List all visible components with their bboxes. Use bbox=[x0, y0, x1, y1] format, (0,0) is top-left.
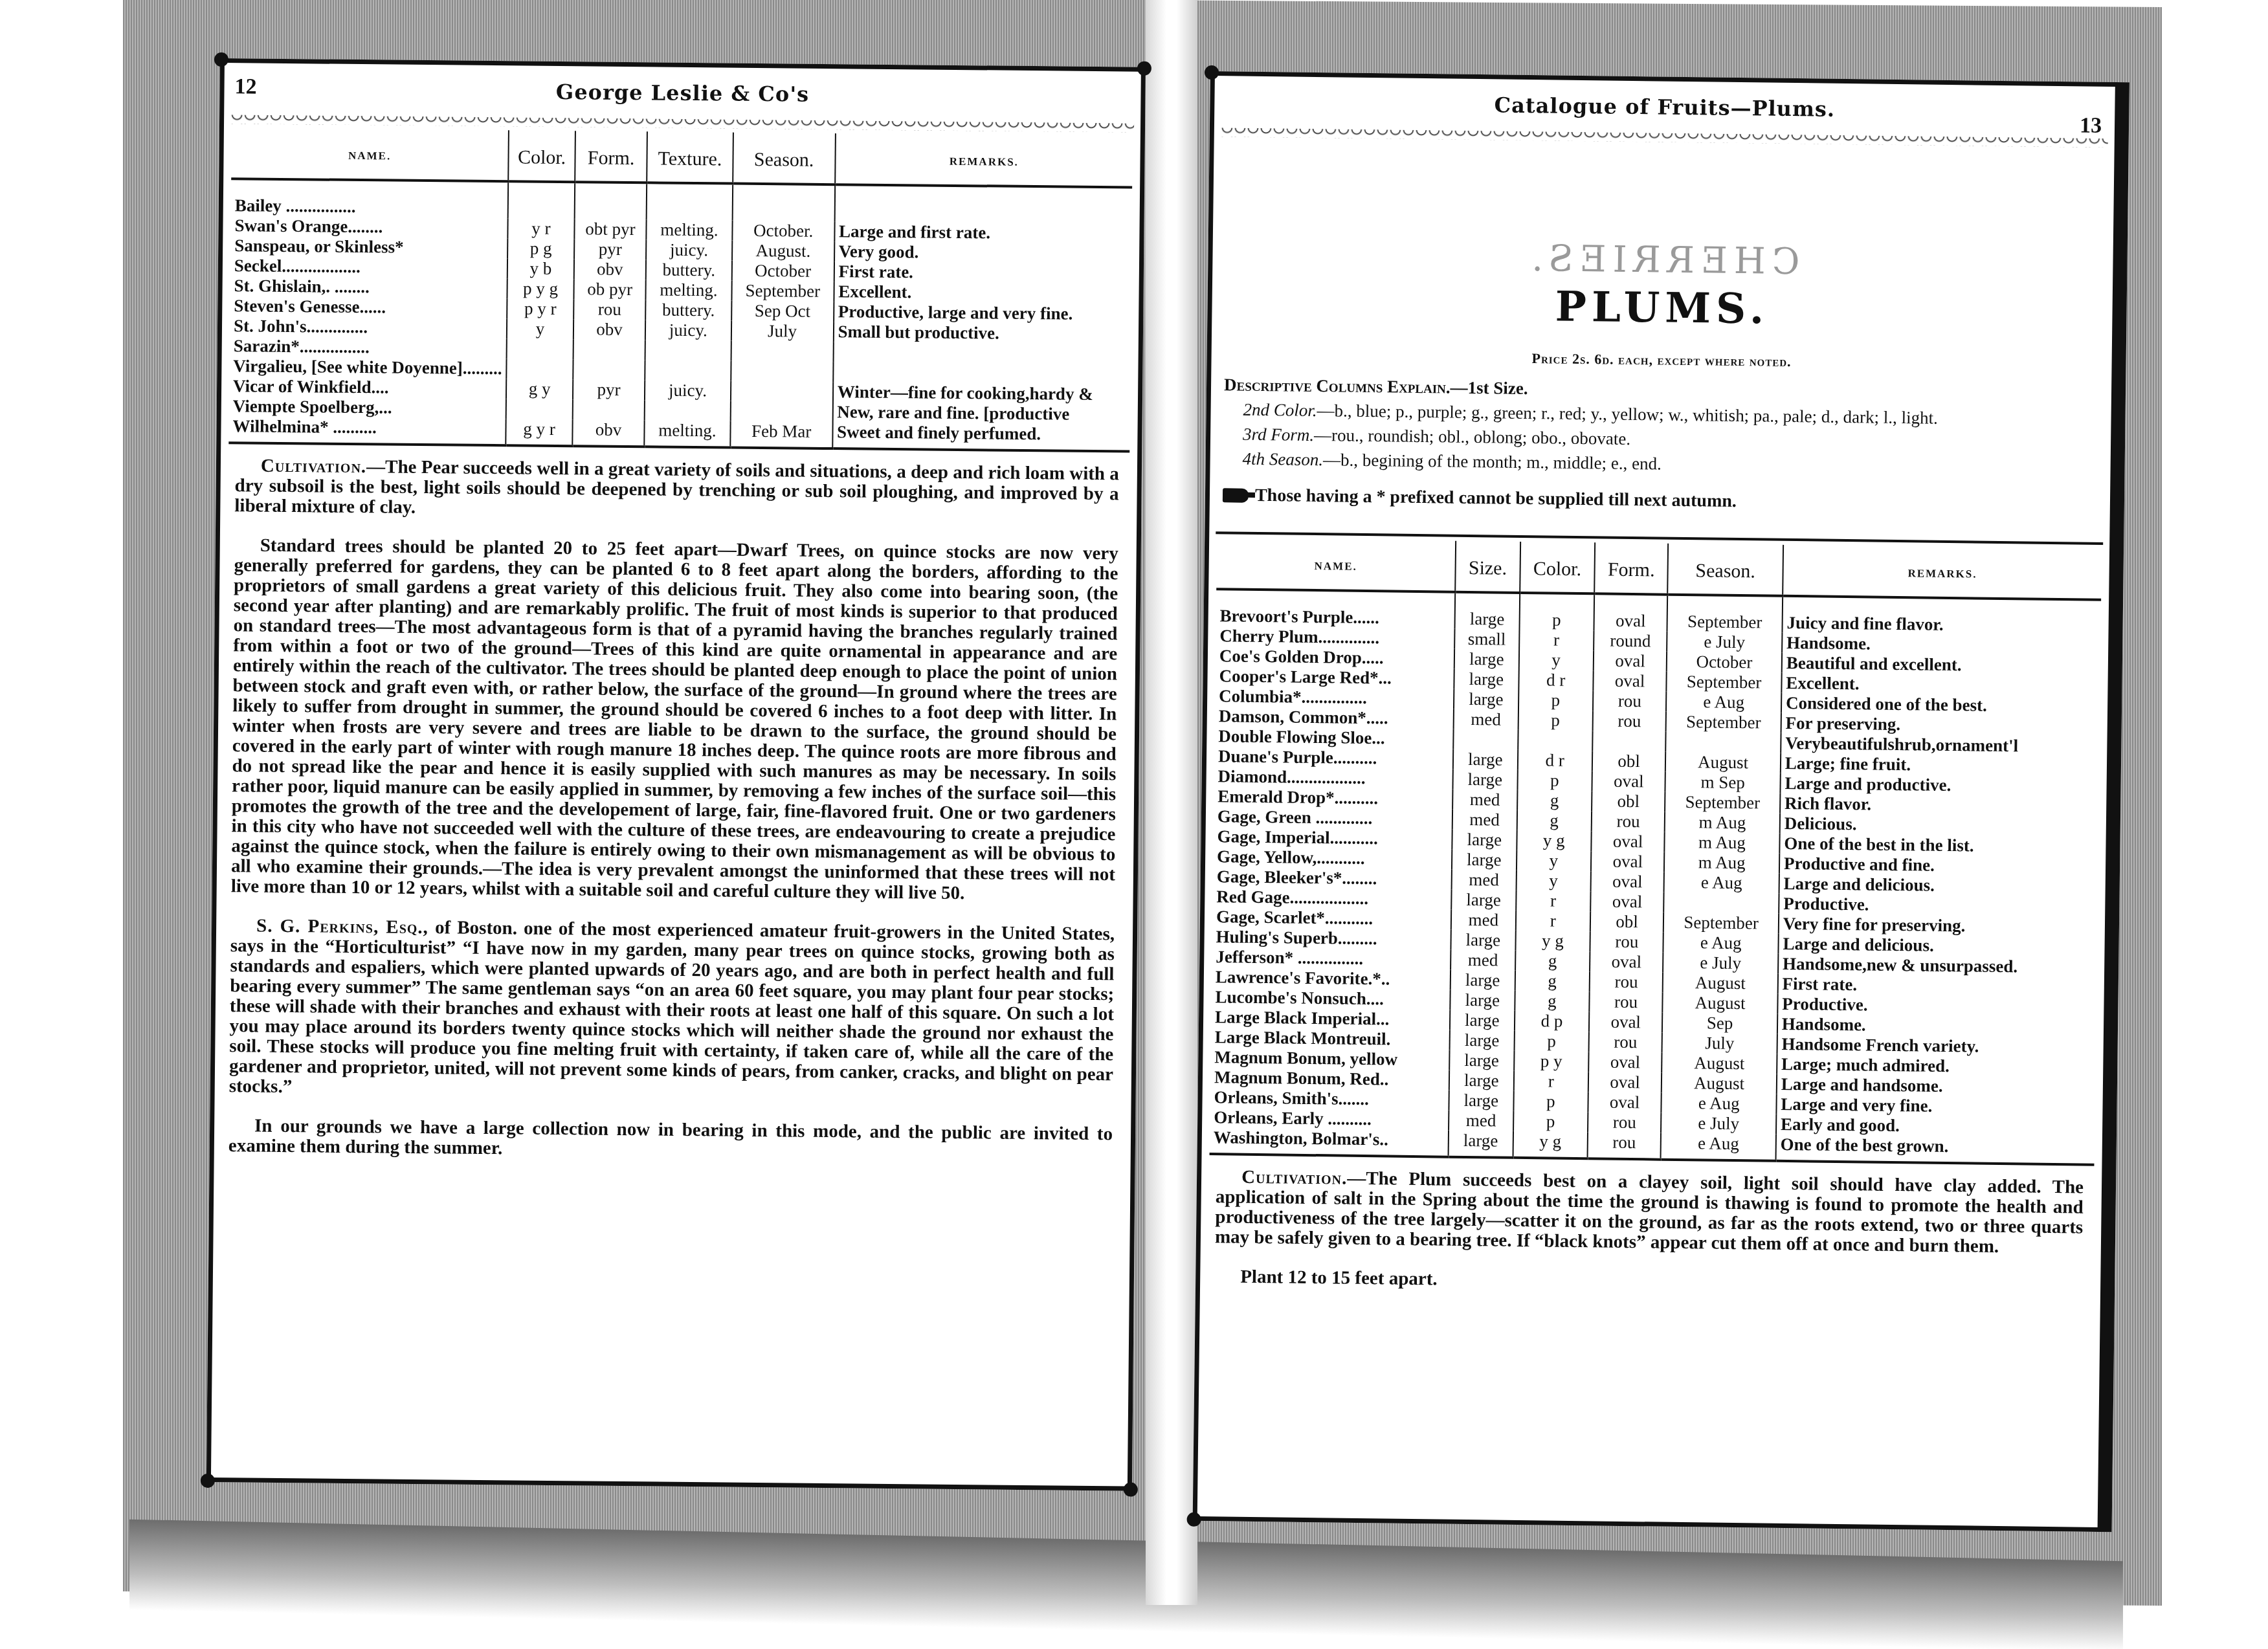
cell-size: large bbox=[1453, 749, 1518, 770]
cell-size: large bbox=[1451, 890, 1516, 911]
cell-season bbox=[732, 184, 834, 222]
cell-size: small bbox=[1454, 629, 1519, 650]
col-color: Color. bbox=[508, 130, 575, 182]
cell-size: large bbox=[1455, 592, 1520, 630]
cell-remarks: New, rare and fine. [productive bbox=[832, 402, 1130, 425]
cell-size: large bbox=[1450, 1030, 1515, 1051]
cell-color: r bbox=[1515, 911, 1590, 931]
cell-color bbox=[508, 181, 575, 219]
cell-remarks: One of the best grown. bbox=[1775, 1134, 2095, 1165]
cell-size: large bbox=[1454, 689, 1518, 710]
cell-name: Lucombe's Nonsuch.... bbox=[1211, 987, 1450, 1010]
cell-size: large bbox=[1449, 1050, 1514, 1071]
cell-season bbox=[1663, 892, 1779, 914]
cell-form bbox=[575, 182, 647, 219]
legend-label: Descriptive Columns Explain. bbox=[1224, 375, 1451, 397]
paragraph: S. G. Perkins, Esq., of Boston. one of t… bbox=[229, 916, 1115, 1105]
cell-season: August. bbox=[732, 241, 834, 262]
cell-season: September bbox=[1667, 672, 1782, 693]
paragraph: Standard trees should be planted 20 to 2… bbox=[231, 535, 1118, 905]
cell-form: pyr bbox=[573, 379, 645, 400]
pear-catalogue-table: NAME. Color. Form. Texture. Season. REMA… bbox=[228, 127, 1133, 452]
cell-name: Damson, Common*..... bbox=[1215, 706, 1454, 729]
cell-season: m Sep bbox=[1665, 772, 1781, 793]
cell-color: d p bbox=[1514, 1011, 1589, 1032]
cell-season bbox=[731, 381, 833, 403]
col-name: NAME. bbox=[1216, 538, 1456, 592]
cell-size: large bbox=[1450, 1010, 1515, 1031]
note-text: Those having a * prefixed cannot be supp… bbox=[1255, 485, 1737, 512]
cell-season: e Aug bbox=[1663, 933, 1779, 954]
cell-form: oval bbox=[1594, 650, 1667, 671]
cell-name: Duane's Purple.......... bbox=[1214, 746, 1453, 769]
cell-color: g bbox=[1515, 971, 1590, 991]
cell-texture: juicy. bbox=[645, 320, 731, 340]
cell-form: oval bbox=[1593, 670, 1667, 691]
legend-label: 3rd Form. bbox=[1243, 425, 1314, 445]
cell-season: m Aug bbox=[1664, 852, 1779, 874]
cell-form: rou bbox=[1593, 691, 1667, 711]
paragraph-text: In our grounds we have a large collectio… bbox=[228, 1116, 1113, 1159]
cell-name: Bailey ................ bbox=[231, 179, 509, 218]
paragraph-lead: Cultivation. bbox=[261, 456, 367, 478]
cell-name: St. Ghislain,. ........ bbox=[230, 276, 507, 298]
left-page: 12 George Leslie & Co's NAME. Color. For… bbox=[206, 58, 1146, 1491]
cell-name: Virgalieu, [See white Doyenne]......... bbox=[229, 356, 506, 379]
section-title: PLUMS. bbox=[1212, 278, 2113, 338]
cell-color: y g bbox=[1515, 931, 1590, 951]
cell-remarks: Large and first rate. bbox=[834, 221, 1132, 244]
pear-cultivation-text: Cultivation.—The Pear succeeds well in a… bbox=[228, 456, 1119, 1164]
cell-size: large bbox=[1453, 769, 1518, 790]
cell-remarks: Excellent. bbox=[834, 282, 1131, 304]
cell-color: p y g bbox=[507, 278, 574, 299]
cell-form: obv bbox=[574, 259, 647, 280]
cell-form: oval bbox=[1594, 593, 1668, 631]
page-number: 13 bbox=[2080, 113, 2102, 138]
cell-texture: juicy. bbox=[645, 380, 731, 401]
cell-form: obt pyr bbox=[574, 219, 647, 239]
cell-texture bbox=[645, 340, 731, 360]
cell-name: Gage, Yellow,........... bbox=[1213, 847, 1452, 870]
cell-season: September bbox=[1667, 595, 1783, 633]
cell-season: e July bbox=[1661, 1113, 1776, 1134]
cell-form: rou bbox=[1589, 991, 1663, 1012]
cell-name: Cooper's Large Red*... bbox=[1215, 666, 1454, 689]
cell-size bbox=[1453, 729, 1518, 750]
running-head: Catalogue of Fruits—Plums. 13 bbox=[1214, 76, 2115, 138]
cell-form: rou bbox=[1588, 1112, 1662, 1133]
cell-season bbox=[731, 361, 833, 382]
cell-name: Steven's Genesse...... bbox=[230, 296, 507, 318]
book-gutter bbox=[1146, 0, 1197, 1605]
cell-form: round bbox=[1594, 630, 1667, 651]
corner-ornament-icon bbox=[1187, 1512, 1201, 1527]
planting-note: Plant 12 to 15 feet apart. bbox=[1214, 1267, 2082, 1297]
cell-season: July bbox=[731, 321, 834, 342]
paragraph-lead: Cultivation. bbox=[1241, 1167, 1348, 1189]
cell-color: r bbox=[1513, 1071, 1588, 1092]
col-size: Size. bbox=[1455, 541, 1520, 593]
column-legend: Descriptive Columns Explain.—1st Size. 2… bbox=[1223, 373, 2098, 480]
cell-color: y bbox=[1516, 870, 1591, 891]
cell-form: rou bbox=[1592, 811, 1665, 832]
cell-size: large bbox=[1451, 930, 1516, 951]
cell-season: October. bbox=[732, 221, 834, 242]
cell-name: Double Flowing Sloe... bbox=[1214, 726, 1453, 749]
col-remarks: REMARKS. bbox=[1783, 545, 2102, 600]
cell-size: med bbox=[1451, 950, 1515, 971]
cell-form: oval bbox=[1588, 1072, 1662, 1092]
cell-color: p y bbox=[1514, 1051, 1589, 1072]
cell-name: Gage, Bleeker's*........ bbox=[1213, 867, 1452, 890]
cell-season: Sep Oct bbox=[731, 301, 834, 322]
cell-form: rou bbox=[1588, 1132, 1662, 1159]
cell-form: pyr bbox=[574, 239, 647, 260]
col-color: Color. bbox=[1520, 542, 1595, 593]
cell-color: p bbox=[1518, 710, 1593, 731]
cell-name: Vicar of Winkfield.... bbox=[229, 376, 506, 399]
cell-season: e Aug bbox=[1664, 872, 1779, 894]
pear-table-body: Bailey ................Swan's Orange....… bbox=[228, 179, 1132, 451]
cell-name: St. John's.............. bbox=[230, 316, 507, 338]
cell-remarks: Juicy and fine flavor. bbox=[1782, 596, 2101, 637]
cell-color: y bbox=[1518, 650, 1594, 670]
cell-name: Sanspeau, or Skinless* bbox=[230, 236, 507, 258]
cell-name: Cherry Plum.............. bbox=[1216, 626, 1454, 649]
cell-form: oval bbox=[1588, 1092, 1662, 1112]
cell-season: August bbox=[1665, 752, 1781, 773]
cell-season: m Aug bbox=[1665, 832, 1780, 854]
cell-texture: juicy. bbox=[646, 239, 732, 260]
cell-name: Huling's Superb......... bbox=[1212, 927, 1451, 950]
cell-season: Sep bbox=[1662, 1013, 1777, 1034]
cell-size: large bbox=[1452, 850, 1517, 870]
cell-color: p bbox=[1513, 1091, 1588, 1112]
cell-size: large bbox=[1450, 990, 1515, 1011]
cell-color: g bbox=[1517, 790, 1592, 811]
cell-color: y bbox=[507, 318, 573, 339]
cell-size: med bbox=[1452, 810, 1517, 830]
cell-size: med bbox=[1451, 910, 1516, 931]
cell-remarks bbox=[834, 184, 1132, 224]
price-line: Price 2s. 6d. each, except where noted. bbox=[1211, 346, 2111, 374]
legend-text: —rou., roundish; obl., oblong; obo., obo… bbox=[1314, 425, 1630, 448]
availability-note: Those having a * prefixed cannot be supp… bbox=[1223, 485, 2097, 516]
cell-name: Red Gage.................. bbox=[1212, 887, 1451, 910]
cell-size: large bbox=[1454, 649, 1519, 670]
running-head: 12 George Leslie & Co's bbox=[224, 63, 1141, 124]
corner-ornament-icon bbox=[1124, 1483, 1138, 1497]
cell-texture: buttery. bbox=[645, 300, 731, 320]
cell-color: g y bbox=[506, 379, 573, 399]
cell-size: med bbox=[1454, 709, 1518, 730]
cell-form: oval bbox=[1592, 771, 1666, 791]
cell-name: Brevoort's Purple...... bbox=[1216, 589, 1456, 629]
cell-season: September bbox=[1665, 792, 1780, 813]
cell-form: oval bbox=[1588, 1052, 1662, 1072]
legend-label: 4th Season. bbox=[1243, 449, 1324, 470]
cell-remarks: First rate. bbox=[834, 261, 1131, 284]
cell-season: August bbox=[1663, 993, 1778, 1014]
cell-color: p bbox=[1518, 690, 1594, 711]
cell-color: d r bbox=[1518, 670, 1594, 691]
cell-name: Magnum Bonum, yellow bbox=[1210, 1047, 1449, 1070]
cell-texture bbox=[645, 400, 731, 421]
cell-color: y b bbox=[507, 258, 574, 279]
cell-color: y r bbox=[508, 218, 575, 239]
col-name: NAME. bbox=[231, 127, 509, 181]
cell-season: e July bbox=[1663, 953, 1778, 974]
cell-remarks: Sweet and finely perfumed. bbox=[832, 422, 1130, 451]
cell-name: Gage, Scarlet*........... bbox=[1212, 907, 1451, 930]
right-page: Catalogue of Fruits—Plums. 13 CHERRIES. … bbox=[1193, 71, 2129, 1532]
cell-texture bbox=[645, 360, 731, 381]
section-title-block: CHERRIES. PLUMS. bbox=[1212, 234, 2113, 338]
cell-form: oval bbox=[1590, 891, 1664, 912]
cell-remarks: Productive, large and very fine. bbox=[834, 302, 1131, 324]
cell-size: med bbox=[1452, 790, 1517, 810]
paragraph: Cultivation.—The Pear succeeds well in a… bbox=[234, 456, 1119, 524]
cell-color: p bbox=[1517, 770, 1592, 791]
cell-season: e Aug bbox=[1662, 1093, 1777, 1114]
cell-color bbox=[507, 338, 573, 359]
cell-name: Coe's Golden Drop..... bbox=[1216, 646, 1454, 669]
cell-size: med bbox=[1452, 870, 1517, 891]
cell-form: oval bbox=[1590, 951, 1663, 972]
cell-season: e Aug bbox=[1661, 1133, 1776, 1161]
cell-remarks bbox=[833, 342, 1131, 364]
legend-label: 2nd Color. bbox=[1243, 400, 1317, 420]
col-texture: Texture. bbox=[647, 131, 733, 183]
cell-season: August bbox=[1662, 1053, 1777, 1074]
cell-form: rou bbox=[1590, 971, 1663, 992]
cell-name: Orleans, Early .......... bbox=[1210, 1107, 1449, 1131]
cell-color: r bbox=[1516, 891, 1591, 911]
paragraph-lead: S. G. Perkins, Esq., bbox=[256, 916, 428, 938]
plum-cultivation-text: Cultivation.—The Plum succeeds best on a… bbox=[1214, 1167, 2084, 1297]
cell-texture: melting. bbox=[646, 280, 732, 300]
cell-form: oval bbox=[1591, 831, 1665, 852]
cell-form: obl bbox=[1592, 751, 1666, 771]
cell-form: oval bbox=[1591, 871, 1665, 892]
cell-remarks: Very good. bbox=[834, 241, 1132, 264]
cell-color bbox=[1518, 730, 1593, 751]
cell-form: oval bbox=[1591, 851, 1665, 872]
scanned-book-spread: 12 George Leslie & Co's NAME. Color. For… bbox=[0, 0, 2268, 1649]
cell-name: Washington, Bolmar's.. bbox=[1210, 1127, 1449, 1157]
paragraph-text: —The Pear succeeds well in a great varie… bbox=[234, 456, 1119, 518]
cell-color: p bbox=[1513, 1111, 1588, 1132]
cell-color: p g bbox=[507, 238, 574, 259]
running-head-title: George Leslie & Co's bbox=[556, 80, 809, 107]
paragraph-text: of Boston. one of the most experienced a… bbox=[229, 917, 1115, 1097]
cell-season: e Aug bbox=[1666, 692, 1781, 713]
cell-color: y bbox=[1516, 850, 1591, 871]
corner-ornament-icon bbox=[201, 1474, 215, 1488]
cell-size: large bbox=[1449, 1131, 1513, 1158]
cell-season: October bbox=[1667, 652, 1782, 673]
cell-color bbox=[506, 359, 573, 379]
col-form: Form. bbox=[1594, 542, 1668, 594]
cell-remarks: Small but productive. bbox=[833, 322, 1131, 344]
cell-color: g bbox=[1517, 810, 1592, 831]
cell-season bbox=[730, 401, 832, 423]
cell-name: Lawrence's Favorite.*.. bbox=[1212, 967, 1451, 990]
cell-form bbox=[573, 339, 645, 360]
cell-color: p bbox=[1519, 593, 1594, 630]
cell-name: Sarazin*................ bbox=[230, 336, 507, 359]
cell-name: Emerald Drop*.......... bbox=[1214, 786, 1452, 810]
cell-form: ob pyr bbox=[573, 279, 646, 300]
cell-color: d r bbox=[1517, 750, 1592, 771]
cell-texture: melting. bbox=[646, 219, 732, 240]
cell-size: med bbox=[1449, 1111, 1513, 1131]
legend-text: —b., begining of the month; m., middle; … bbox=[1323, 450, 1662, 473]
cell-size: large bbox=[1451, 970, 1515, 991]
cell-season: Feb Mar bbox=[730, 421, 832, 449]
page-number: 12 bbox=[234, 74, 256, 99]
paragraph: Cultivation.—The Plum succeeds best on a… bbox=[1215, 1167, 2084, 1257]
cell-size: large bbox=[1449, 1070, 1514, 1091]
cell-color: g y r bbox=[506, 419, 572, 446]
cell-name: Columbia*............... bbox=[1215, 686, 1454, 709]
cell-size: large bbox=[1449, 1090, 1513, 1111]
cell-name: Gage, Green ............. bbox=[1214, 806, 1452, 830]
cell-color: p bbox=[1514, 1031, 1589, 1052]
cell-texture bbox=[647, 183, 733, 220]
cell-season: July bbox=[1662, 1033, 1777, 1054]
cell-color: y g bbox=[1517, 830, 1592, 851]
cell-form: rou bbox=[573, 299, 646, 320]
cell-form bbox=[1592, 731, 1666, 751]
plum-table-body: Brevoort's Purple......largepovalSeptemb… bbox=[1210, 589, 2102, 1165]
cell-remarks: Winter—fine for cooking,hardy & bbox=[833, 382, 1131, 404]
cell-season bbox=[1665, 732, 1781, 753]
paragraph-text: Standard trees should be planted 20 to 2… bbox=[231, 535, 1118, 903]
cell-form: rou bbox=[1589, 1032, 1663, 1052]
cell-size: large bbox=[1454, 669, 1518, 690]
pointing-hand-icon bbox=[1223, 488, 1249, 502]
legend-text: —b., blue; p., purple; g., green; r., re… bbox=[1317, 401, 1938, 428]
cell-season bbox=[731, 341, 833, 362]
bleed-through-text: CHERRIES. bbox=[1526, 238, 1801, 283]
cell-season: September bbox=[1663, 913, 1779, 934]
col-season: Season. bbox=[1667, 544, 1783, 596]
running-head-title: Catalogue of Fruits—Plums. bbox=[1494, 93, 1835, 121]
cell-name: Jefferson* ............... bbox=[1212, 947, 1451, 970]
cell-remarks bbox=[833, 362, 1131, 384]
cell-color: p y r bbox=[507, 298, 573, 319]
cell-form: obl bbox=[1592, 791, 1665, 812]
cell-size: large bbox=[1452, 830, 1517, 850]
cell-color: g bbox=[1515, 991, 1590, 1012]
cell-color: g bbox=[1515, 951, 1590, 971]
cell-name: Diamond.................. bbox=[1214, 766, 1452, 790]
col-remarks: REMARKS. bbox=[835, 133, 1133, 187]
cell-name: Large Black Montreuil. bbox=[1211, 1027, 1450, 1050]
cell-name: Gage, Imperial........... bbox=[1213, 826, 1452, 850]
cell-season: August bbox=[1663, 973, 1778, 994]
col-season: Season. bbox=[733, 133, 836, 185]
cell-form: rou bbox=[1590, 931, 1663, 952]
cell-form: obv bbox=[572, 419, 645, 447]
cell-season: September bbox=[731, 281, 834, 302]
cell-form: obv bbox=[573, 319, 646, 340]
cell-name: Wilhelmina* .......... bbox=[228, 416, 506, 445]
cell-name: Viempte Spoelberg,... bbox=[229, 396, 506, 419]
cell-name: Orleans, Smith's....... bbox=[1210, 1087, 1449, 1111]
cell-season: September bbox=[1666, 712, 1781, 733]
cell-color bbox=[506, 399, 573, 419]
legend-text: —1st Size. bbox=[1451, 378, 1528, 398]
table-header-row: NAME. Color. Form. Texture. Season. REMA… bbox=[231, 127, 1133, 187]
cell-name: Seckel.................. bbox=[230, 256, 507, 278]
cell-name: Large Black Imperial... bbox=[1211, 1007, 1450, 1030]
cell-form bbox=[573, 359, 645, 380]
cell-form bbox=[573, 399, 645, 420]
cell-texture: melting. bbox=[644, 420, 730, 447]
cell-season: e July bbox=[1667, 632, 1782, 653]
cell-name: Magnum Bonum, Red.. bbox=[1210, 1067, 1449, 1090]
col-form: Form. bbox=[575, 131, 647, 183]
plum-catalogue-table: NAME. Size. Color. Form. Season. REMARKS… bbox=[1210, 538, 2102, 1166]
cell-form: oval bbox=[1589, 1012, 1663, 1032]
cell-season: August bbox=[1662, 1073, 1777, 1094]
cell-name: Swan's Orange........ bbox=[230, 216, 507, 238]
cell-color: y g bbox=[1513, 1131, 1588, 1158]
cell-form: rou bbox=[1593, 711, 1667, 731]
cell-texture: buttery. bbox=[646, 260, 732, 280]
cell-season: October bbox=[731, 261, 834, 282]
cell-color: r bbox=[1519, 630, 1594, 650]
paragraph: In our grounds we have a large collectio… bbox=[228, 1116, 1113, 1164]
cell-season: m Aug bbox=[1665, 812, 1780, 834]
cell-form: obl bbox=[1590, 911, 1664, 932]
